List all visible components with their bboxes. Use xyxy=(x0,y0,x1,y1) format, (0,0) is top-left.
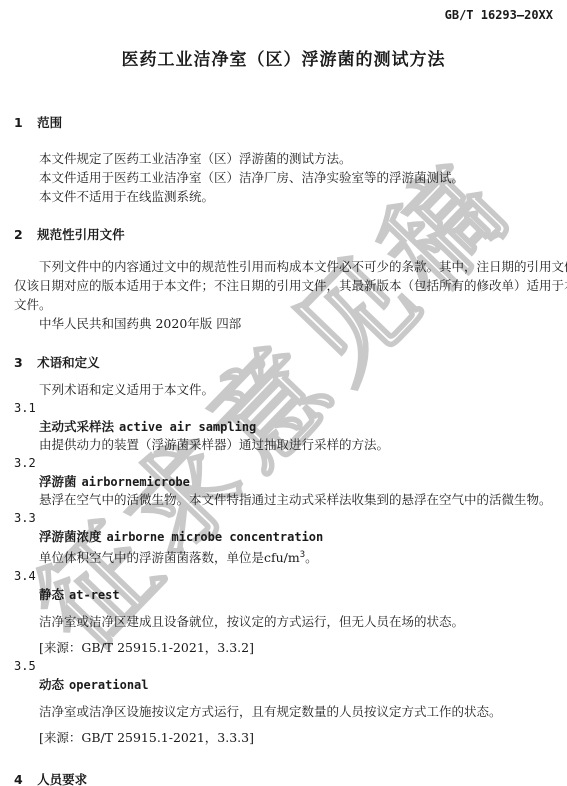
term-source: [来源：GB/T 25915.1-2021，3.3.2] xyxy=(14,639,553,657)
paragraph-line: 文件。 xyxy=(14,295,553,314)
document-page: GB/T 16293—20XX 医药工业洁净室（区）浮游菌的测试方法 1 范围 … xyxy=(0,0,567,786)
term-definition: 由提供动力的装置（浮游菌采样器）通过抽取进行采样的方法。 xyxy=(14,436,553,454)
clause-number: 3.2 xyxy=(14,454,553,472)
section-4-title: 人员要求 xyxy=(37,771,87,786)
term-entry: 3.1 主动式采样法active air sampling 由提供动力的装置（浮… xyxy=(14,399,553,454)
page-title: 医药工业洁净室（区）浮游菌的测试方法 xyxy=(14,48,553,72)
terms-intro: 下列术语和定义适用于本文件。 xyxy=(14,381,553,399)
term-line: 浮游菌airbornemicrobe xyxy=(14,472,553,491)
term-definition: 洁净室或洁净区建成且设备就位，按议定的方式运行，但无人员在场的状态。 xyxy=(14,613,553,631)
definition-text-end: 。 xyxy=(305,550,318,565)
section-2-body: 下列文件中的内容通过文中的规范性引用而构成本文件必不可少的条款。其中，注日期的引… xyxy=(14,257,553,333)
term-zh: 动态 xyxy=(39,677,64,692)
section-3-heading: 3 术语和定义 xyxy=(14,354,553,372)
term-line: 浮游菌浓度airborne microbe concentration xyxy=(14,527,553,546)
normative-reference: 中华人民共和国药典 2020年版 四部 xyxy=(14,314,553,333)
term-source: [来源：GB/T 25915.1-2021，3.3.3] xyxy=(14,729,553,747)
clause-number: 3.4 xyxy=(14,567,553,585)
clause-number: 3.3 xyxy=(14,509,553,527)
section-1-number: 1 xyxy=(14,114,23,132)
term-en: airbornemicrobe xyxy=(82,475,190,489)
doc-number: GB/T 16293—20XX xyxy=(14,8,553,22)
paragraph-line: 仅该日期对应的版本适用于本文件；不注日期的引用文件，其最新版本（包括所有的修改单… xyxy=(14,276,553,295)
term-en: active air sampling xyxy=(119,420,256,434)
term-line: 主动式采样法active air sampling xyxy=(14,417,553,436)
term-en: airborne microbe concentration xyxy=(107,530,324,544)
term-definition: 单位体积空气中的浮游菌菌落数，单位是cfu/m3。 xyxy=(14,546,553,567)
clause-number: 3.1 xyxy=(14,399,553,417)
term-en: at-rest xyxy=(69,588,120,602)
term-entry: 3.2 浮游菌airbornemicrobe 悬浮在空气中的活微生物。本文件特指… xyxy=(14,454,553,509)
section-4-number: 4 xyxy=(14,771,23,786)
term-zh: 浮游菌 xyxy=(39,474,77,489)
term-entry: 3.5 动态operational 洁净室或洁净区设施按议定方式运行，且有规定数… xyxy=(14,657,553,747)
term-en: operational xyxy=(69,678,148,692)
term-definition: 洁净室或洁净区设施按议定方式运行，且有规定数量的人员按议定方式工作的状态。 xyxy=(14,703,553,721)
section-3-title: 术语和定义 xyxy=(37,354,100,372)
term-zh: 浮游菌浓度 xyxy=(39,529,102,544)
paragraph-line: 下列文件中的内容通过文中的规范性引用而构成本文件必不可少的条款。其中，注日期的引… xyxy=(14,257,553,276)
term-line: 静态at-rest xyxy=(14,585,553,604)
term-zh: 静态 xyxy=(39,587,64,602)
term-definition: 悬浮在空气中的活微生物。本文件特指通过主动式采样法收集到的悬浮在空气中的活微生物… xyxy=(14,491,553,509)
section-4-heading: 4 人员要求 xyxy=(14,771,553,786)
definition-text: 单位体积空气中的浮游菌菌落数，单位是cfu/m xyxy=(39,550,300,565)
paragraph-line: 本文件不适用于在线监测系统。 xyxy=(14,187,553,206)
section-2-title: 规范性引用文件 xyxy=(37,226,125,244)
term-entry: 3.4 静态at-rest 洁净室或洁净区建成且设备就位，按议定的方式运行，但无… xyxy=(14,567,553,657)
section-3-number: 3 xyxy=(14,354,23,372)
clause-number: 3.5 xyxy=(14,657,553,675)
section-1-heading: 1 范围 xyxy=(14,114,553,132)
term-line: 动态operational xyxy=(14,675,553,694)
term-zh: 主动式采样法 xyxy=(39,419,114,434)
section-1-title: 范围 xyxy=(37,114,62,132)
paragraph-line: 本文件适用于医药工业洁净室（区）洁净厂房、洁净实验室等的浮游菌测试。 xyxy=(14,168,553,187)
section-2-number: 2 xyxy=(14,226,23,244)
section-1-body: 本文件规定了医药工业洁净室（区）浮游菌的测试方法。 本文件适用于医药工业洁净室（… xyxy=(14,149,553,206)
paragraph-line: 本文件规定了医药工业洁净室（区）浮游菌的测试方法。 xyxy=(14,149,553,168)
section-2-heading: 2 规范性引用文件 xyxy=(14,226,553,244)
term-entry: 3.3 浮游菌浓度airborne microbe concentration … xyxy=(14,509,553,567)
